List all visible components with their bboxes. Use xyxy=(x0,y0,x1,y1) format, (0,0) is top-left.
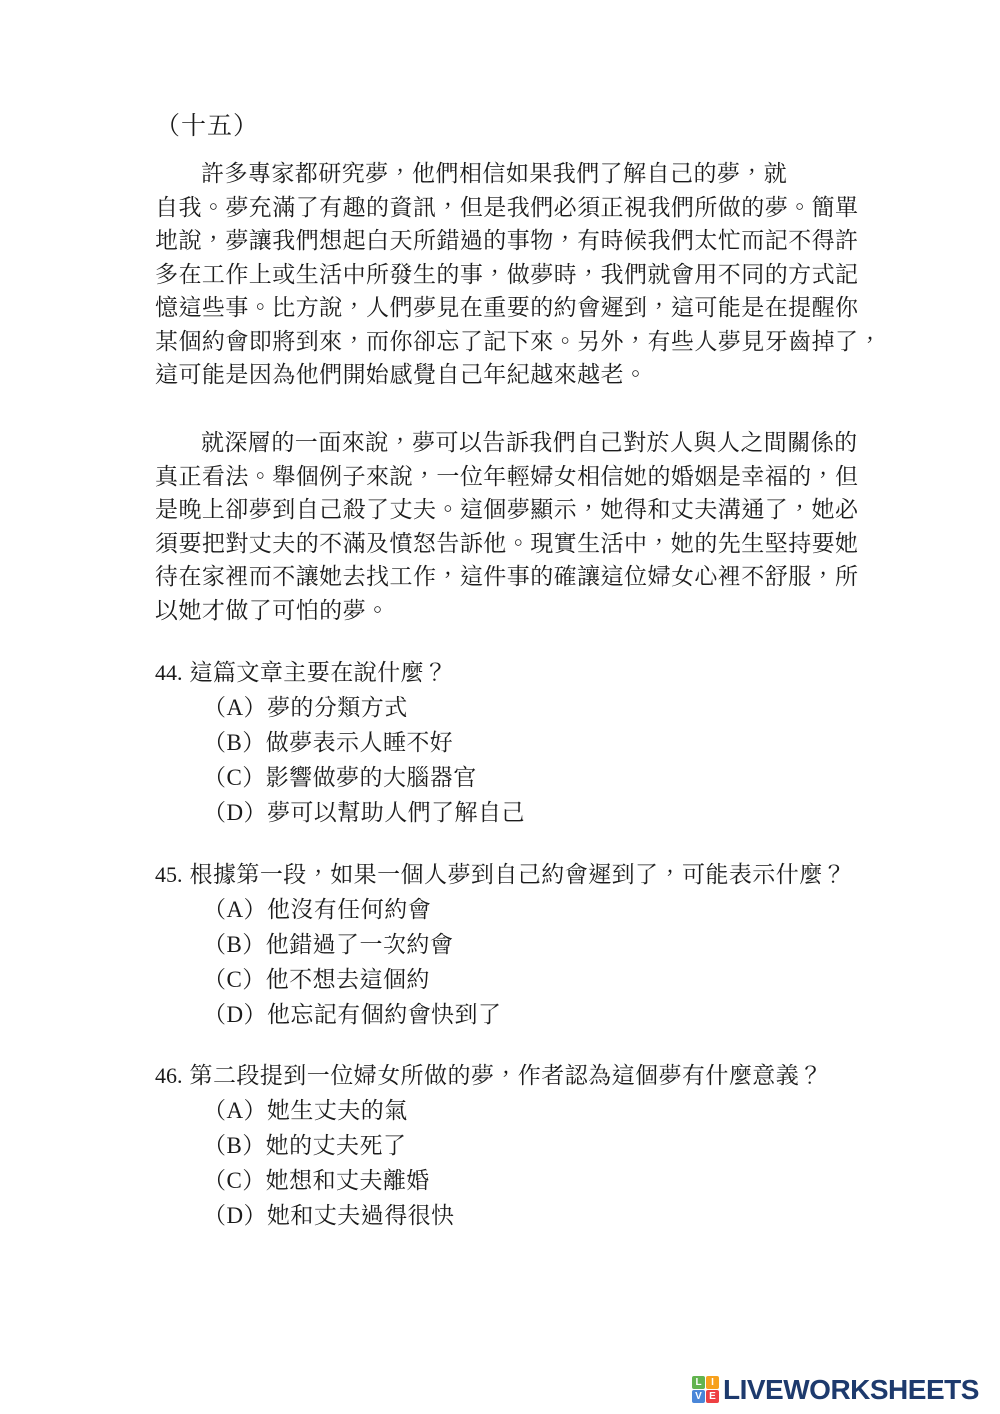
logo-tile-v: V xyxy=(692,1390,705,1403)
passage-line: 這可能是因為他們開始感覺自己年紀越來越老。 xyxy=(155,358,865,392)
passage-paragraph-2: 就深層的一面來說，夢可以告訴我們自己對於人與人之間關係的 真正看法。舉個例子來說… xyxy=(155,426,865,627)
passage-line: 憶這些事。比方說，人們夢見在重要的約會遲到，這可能是在提醒你 xyxy=(155,291,865,325)
passage-line: 就深層的一面來說，夢可以告訴我們自己對於人與人之間關係的 xyxy=(155,426,865,460)
passage-line: 待在家裡而不讓她去找工作，這件事的確讓這位婦女心裡不舒服，所 xyxy=(155,560,865,594)
passage-line: 地說，夢讓我們想起白天所錯過的事物，有時候我們太忙而記不得許 xyxy=(155,224,865,258)
passage-line: 須要把對丈夫的不滿及憤怒告訴他。現實生活中，她的先生堅持要她 xyxy=(155,527,865,561)
question-stem: 第二段提到一位婦女所做的夢，作者認為這個夢有什麼意義？ xyxy=(190,1063,823,1088)
liveworksheets-logo[interactable]: L I V E LIVEWORKSHEETS xyxy=(692,1374,979,1406)
question-45-option-b[interactable]: （B）他錯過了一次約會 xyxy=(155,927,915,962)
question-46-option-a[interactable]: （A）她生丈夫的氣 xyxy=(155,1093,915,1128)
question-44-option-c[interactable]: （C）影響做夢的大腦器官 xyxy=(155,760,915,795)
logo-tile-e: E xyxy=(706,1390,719,1403)
logo-text: LIVEWORKSHEETS xyxy=(723,1374,979,1406)
question-number: 44. xyxy=(155,660,183,685)
question-stem-row: 45.根據第一段，如果一個人夢到自己約會遲到了，可能表示什麼？ xyxy=(155,857,915,892)
question-stem-row: 46.第二段提到一位婦女所做的夢，作者認為這個夢有什麼意義？ xyxy=(155,1058,915,1093)
liveworksheets-logo-icon: L I V E xyxy=(692,1376,719,1404)
question-46-option-c[interactable]: （C）她想和丈夫離婚 xyxy=(155,1163,915,1198)
question-44: 44.這篇文章主要在說什麼？ （A）夢的分類方式 （B）做夢表示人睡不好 （C）… xyxy=(155,655,915,830)
passage-paragraph-1: 許多專家都研究夢，他們相信如果我們了解自己的夢，就 自我。夢充滿了有趣的資訊，但… xyxy=(155,157,865,392)
passage-line: 多在工作上或生活中所發生的事，做夢時，我們就會用不同的方式記 xyxy=(155,258,865,292)
question-45-option-a[interactable]: （A）他沒有任何約會 xyxy=(155,892,915,927)
question-number: 46. xyxy=(155,1063,183,1088)
passage-line: 某個約會即將到來，而你卻忘了記下來。另外，有些人夢見牙齒掉了， xyxy=(155,325,865,359)
passage-line: 許多專家都研究夢，他們相信如果我們了解自己的夢，就 xyxy=(155,157,865,191)
question-number: 45. xyxy=(155,862,183,887)
question-44-option-b[interactable]: （B）做夢表示人睡不好 xyxy=(155,725,915,760)
passage-line: 以她才做了可怕的夢。 xyxy=(155,594,865,628)
question-44-option-d[interactable]: （D）夢可以幫助人們了解自己 xyxy=(155,795,915,830)
logo-tile-l: L xyxy=(692,1376,705,1389)
section-label: （十五） xyxy=(155,106,259,142)
passage-line: 是晚上卻夢到自己殺了丈夫。這個夢顯示，她得和丈夫溝通了，她必 xyxy=(155,493,865,527)
worksheet-page: （十五） 許多專家都研究夢，他們相信如果我們了解自己的夢，就 自我。夢充滿了有趣… xyxy=(0,0,1000,1414)
question-44-option-a[interactable]: （A）夢的分類方式 xyxy=(155,690,915,725)
passage-line: 真正看法。舉個例子來說，一位年輕婦女相信她的婚姻是幸福的，但 xyxy=(155,460,865,494)
question-46: 46.第二段提到一位婦女所做的夢，作者認為這個夢有什麼意義？ （A）她生丈夫的氣… xyxy=(155,1058,915,1233)
question-46-option-d[interactable]: （D）她和丈夫過得很快 xyxy=(155,1198,915,1233)
question-stem: 這篇文章主要在說什麼？ xyxy=(190,660,448,685)
question-45-option-c[interactable]: （C）他不想去這個約 xyxy=(155,962,915,997)
question-45-option-d[interactable]: （D）他忘記有個約會快到了 xyxy=(155,997,915,1032)
passage-line: 自我。夢充滿了有趣的資訊，但是我們必須正視我們所做的夢。簡單 xyxy=(155,191,865,225)
question-45: 45.根據第一段，如果一個人夢到自己約會遲到了，可能表示什麼？ （A）他沒有任何… xyxy=(155,857,915,1032)
question-stem-row: 44.這篇文章主要在說什麼？ xyxy=(155,655,915,690)
logo-tile-i: I xyxy=(706,1376,719,1389)
question-stem: 根據第一段，如果一個人夢到自己約會遲到了，可能表示什麼？ xyxy=(190,862,847,887)
question-46-option-b[interactable]: （B）她的丈夫死了 xyxy=(155,1128,915,1163)
